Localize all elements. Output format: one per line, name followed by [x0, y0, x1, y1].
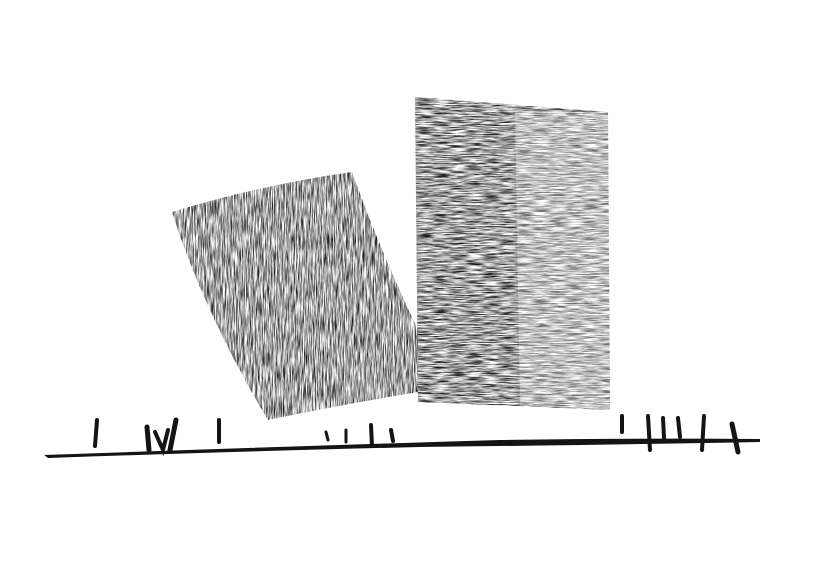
right-slab [415, 97, 610, 410]
horizon-line [44, 439, 760, 458]
left-slab [172, 172, 418, 420]
charcoal-drawing [0, 0, 818, 578]
